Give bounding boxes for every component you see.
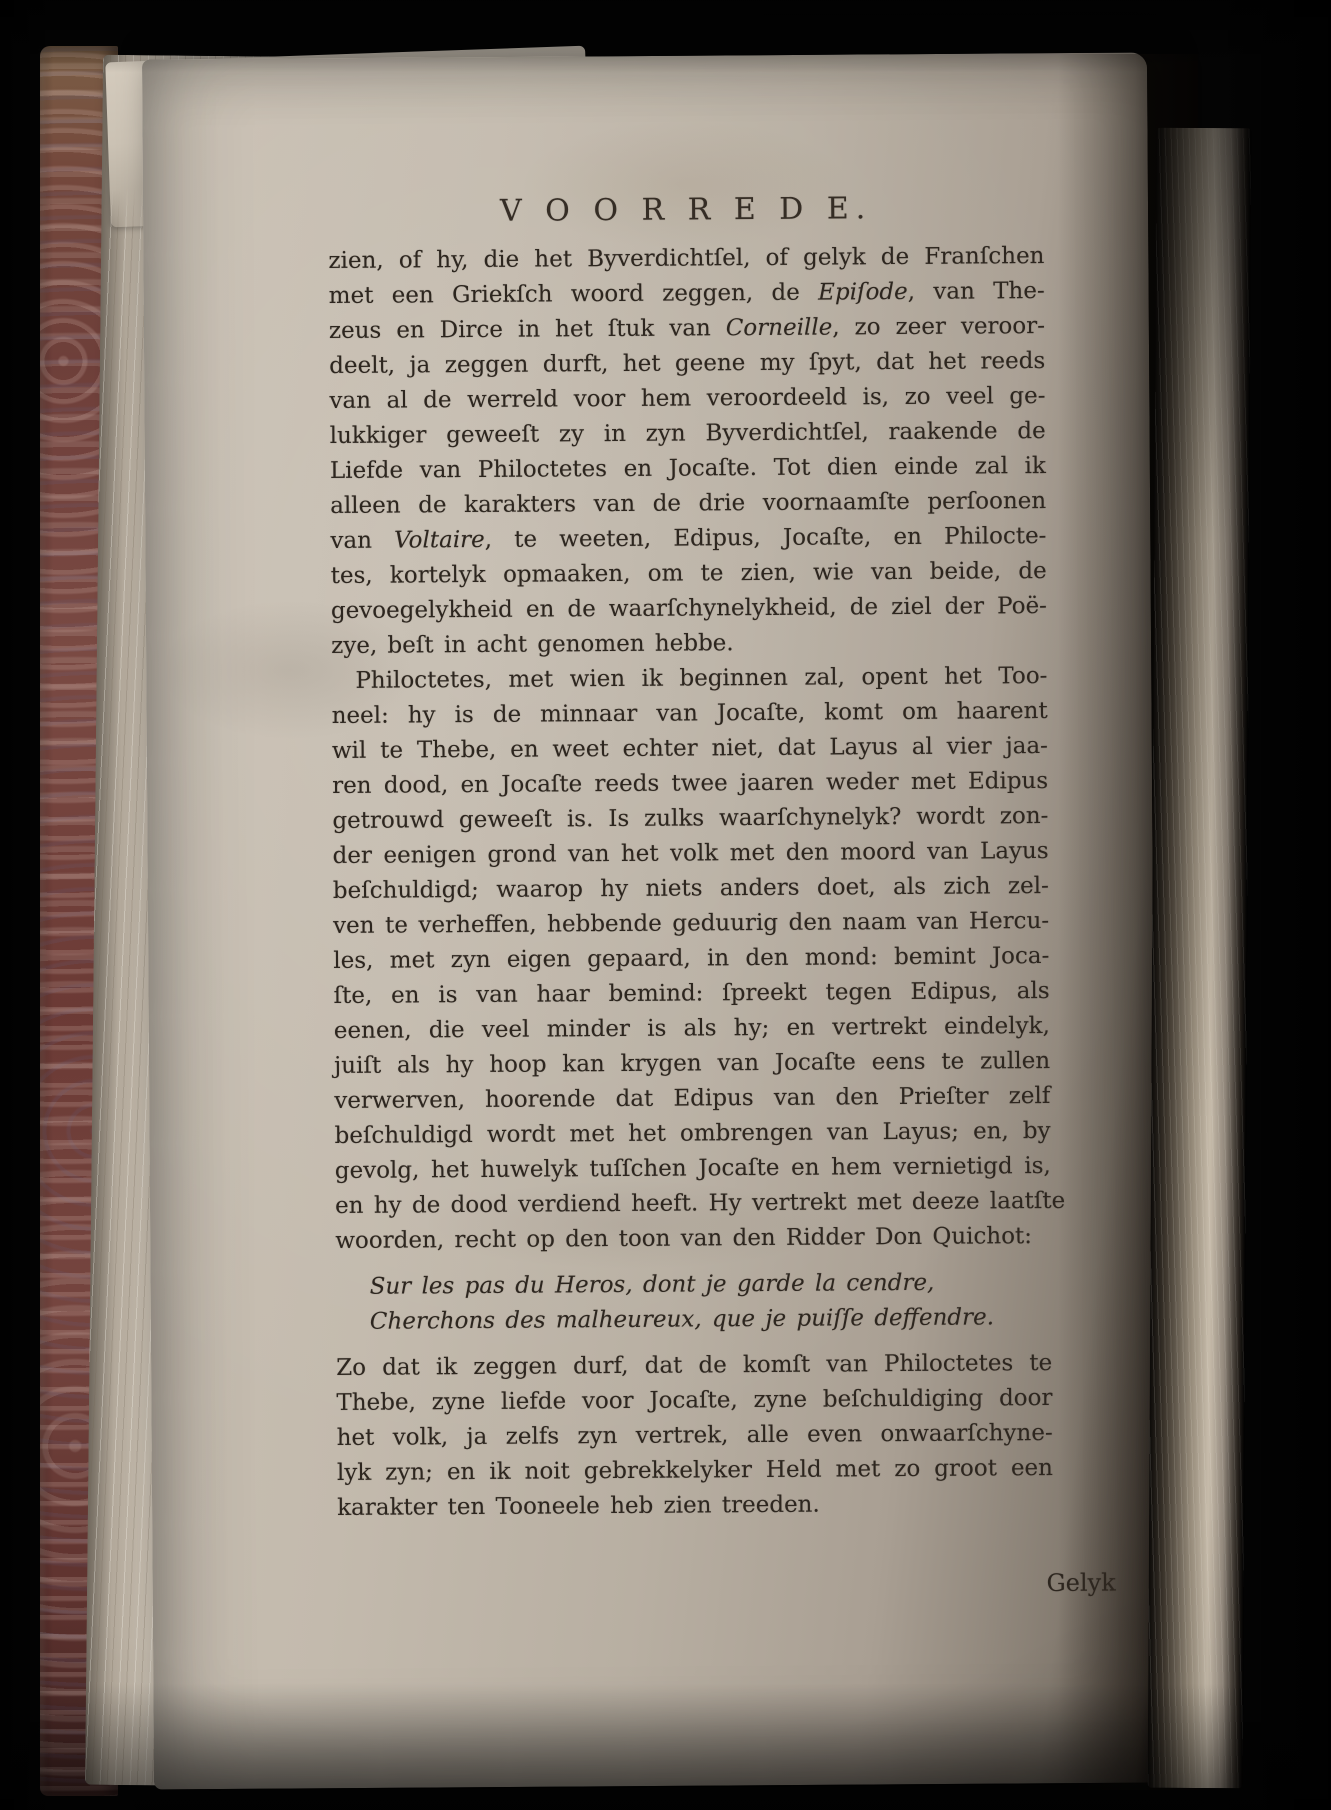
text-line: juiſt als hy hoop kan krygen van Jocaſte…: [334, 1044, 1050, 1084]
text-line: alleen de karakters van de drie voornaam…: [330, 484, 1046, 524]
text-line: lyk zyn; en ik noit gebrekkelyker Held m…: [337, 1451, 1053, 1491]
text-line: tes, kortelyk opmaaken, om te zien, wie …: [331, 554, 1047, 594]
text-line: beſchuldigd; waarop hy niets anders doet…: [333, 869, 1049, 909]
text-line: beſchuldigd wordt met het ombrengen van …: [334, 1114, 1050, 1154]
text-line: neel: hy is de minnaar van Jocaſte, komt…: [332, 694, 1048, 734]
text-line: Thebe, zyne liefde voor Jocaſte, zyne be…: [336, 1381, 1052, 1421]
text-line: met een Griekſch woord zeggen, de Epiſod…: [329, 274, 1045, 314]
paragraph-conclusion: Zo dat ik zeggen durf, dat de komſt van …: [336, 1346, 1053, 1526]
text-line: getrouwd geweeſt is. Is zulks waarſchyne…: [332, 799, 1048, 839]
paragraph-philoctetes: Philoctetes, met wien ik beginnen zal, o…: [331, 659, 1051, 1259]
text-line: deelt, ja zeggen durft, het geene my ſpy…: [329, 344, 1045, 384]
text-line: verwerven, hoorende dat Edipus van den P…: [334, 1079, 1050, 1119]
text-line: woorden, recht op den toon van den Ridde…: [335, 1219, 1051, 1259]
text-line: eenen, die veel minder is als hy; en ver…: [334, 1009, 1050, 1049]
text-line: ren dood, en Jocaſte reeds twee jaaren w…: [332, 764, 1048, 804]
text-line: Philoctetes, met wien ik beginnen zal, o…: [331, 659, 1047, 699]
text-line: les, met zyn eigen gepaard, in den mond:…: [333, 939, 1049, 979]
text-line: karakter ten Tooneele heb zien treeden.: [337, 1486, 1053, 1526]
text-line: Zo dat ik zeggen durf, dat de komſt van …: [336, 1346, 1052, 1386]
text-line: het volk, ja zelfs zyn vertrek, alle eve…: [337, 1416, 1053, 1456]
text-line: en hy de dood verdiend heeft. Hy vertrek…: [335, 1184, 1051, 1224]
text-line: der eenigen grond van het volk met den m…: [333, 834, 1049, 874]
facing-page-edge: [1148, 128, 1252, 1788]
text-line: zye, beſt in acht genomen hebbe.: [331, 624, 1047, 664]
text-line: ven te verheffen, hebbende geduurig den …: [333, 904, 1049, 944]
text-line: zeus en Dirce in het ſtuk van Corneille,…: [329, 309, 1045, 349]
page-title: V O O R R E D E.: [328, 187, 1044, 234]
text-line: ſte, en is van haar bemind: ſpreekt tege…: [333, 974, 1049, 1014]
text-line: Liefde van Philoctetes en Jocaſte. Tot d…: [330, 449, 1046, 489]
text-block: V O O R R E D E. zien, of hy, die het By…: [328, 187, 1054, 1602]
french-verse-quote: Sur les pas du Heros, dont je garde la c…: [370, 1265, 1052, 1340]
text-line: lukkiger geweeſt zy in zyn Byverdichtſel…: [330, 414, 1046, 454]
text-line: Cherchons des malheureux, que je puiſſe …: [370, 1300, 1052, 1340]
text-line: gevolg, het huwelyk tuſſchen Jocaſte en …: [335, 1149, 1051, 1189]
paragraph-continuation: zien, of hy, die het Byverdichtſel, of g…: [328, 239, 1047, 664]
text-line: gevoegelykheid en de waarſchynelykheid, …: [331, 589, 1047, 629]
catchword: Gelyk: [400, 1569, 1116, 1602]
text-line: van Voltaire, te weeten, Edipus, Jocaſte…: [330, 519, 1046, 559]
text-line: wil te Thebe, en weet echter niet, dat L…: [332, 729, 1048, 769]
text-line: Sur les pas du Heros, dont je garde la c…: [370, 1265, 1052, 1305]
text-line: van al de werreld voor hem veroordeeld i…: [329, 379, 1045, 419]
text-line: zien, of hy, die het Byverdichtſel, of g…: [328, 239, 1044, 279]
